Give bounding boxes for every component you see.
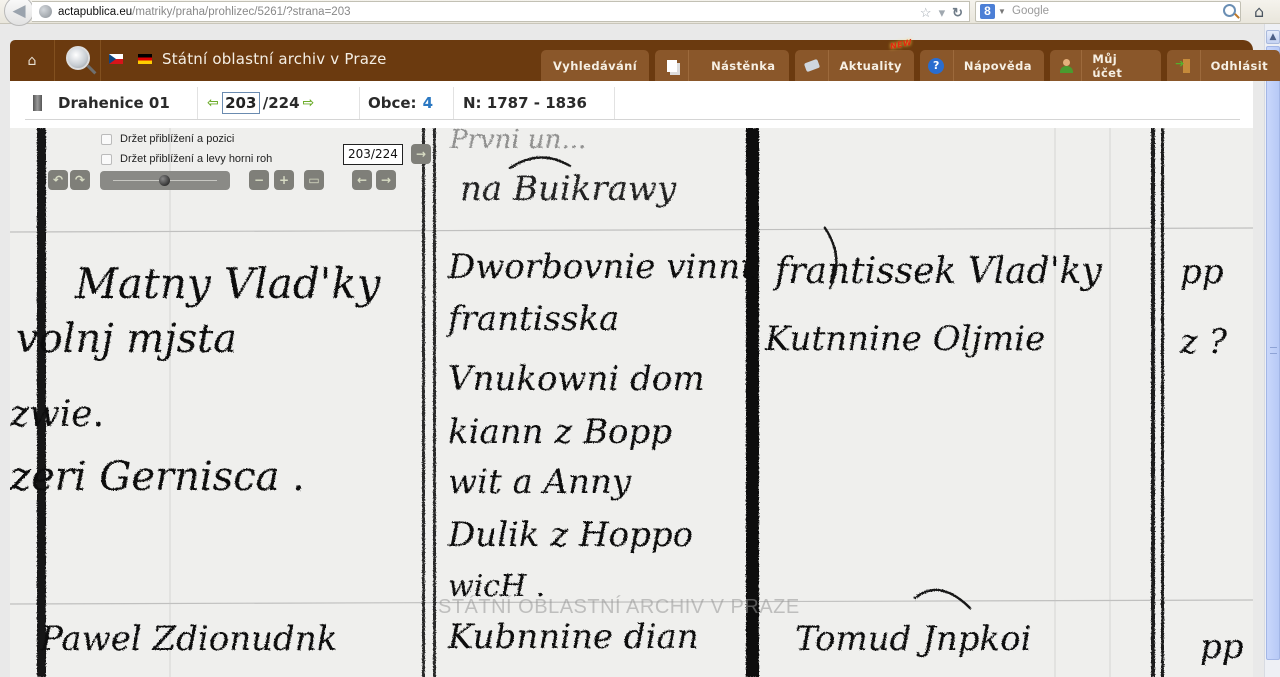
main-nav: Vyhledávání Nástěnka Aktuality NEW ? Náp… <box>541 50 1280 81</box>
web-search-box[interactable]: 8 ▼ Google <box>975 1 1241 22</box>
engine-dropdown-icon[interactable]: ▼ <box>998 2 1006 21</box>
documents-icon <box>667 60 677 72</box>
svg-text:Pawel Zdionudnk: Pawel Zdionudnk <box>39 619 337 659</box>
page-counter: 203/224 <box>343 144 403 165</box>
keep-zoom-position-checkbox[interactable] <box>101 134 112 145</box>
back-button[interactable]: ◀ <box>4 0 34 26</box>
zoom-in-icon[interactable]: + <box>274 170 294 190</box>
nav-label: Nápověda <box>954 59 1044 73</box>
go-to-page-icon[interactable]: → <box>411 144 431 164</box>
history-dropdown-icon[interactable]: ▾ <box>939 3 946 23</box>
svg-text:zwie.: zwie. <box>10 394 104 435</box>
search-placeholder: Google <box>1012 2 1049 21</box>
page-scrollbar[interactable]: ▲ <box>1264 24 1280 677</box>
svg-text:frantissek Vlad'ky: frantissek Vlad'ky <box>772 251 1102 292</box>
page-number-input[interactable] <box>222 92 260 114</box>
back-arrow-icon: ◀ <box>12 1 25 21</box>
svg-text:kiann z Bopp: kiann z Bopp <box>448 412 672 452</box>
next-page-arrow-icon[interactable]: ⇨ <box>303 95 315 111</box>
bookmark-star-icon[interactable]: ☆ <box>920 3 932 23</box>
home-button[interactable]: ⌂ <box>10 40 55 81</box>
globe-icon <box>39 5 52 18</box>
svg-text:pp: pp <box>1180 252 1224 292</box>
user-icon <box>1059 59 1073 73</box>
search-icon[interactable] <box>1223 4 1236 17</box>
page-navigation: ⇦ /224 ⇨ <box>198 87 360 119</box>
prev-page-arrow-icon[interactable]: ⇦ <box>207 95 219 111</box>
rotate-right-icon[interactable]: ↷ <box>70 170 90 190</box>
record-range: N: 1787 - 1836 <box>463 94 587 112</box>
svg-text:Tomud Jnpkoi: Tomud Jnpkoi <box>795 619 1031 659</box>
archive-watermark: STÁTNÍ OBLASTNÍ ARCHIV V PRAZE <box>438 596 800 619</box>
czech-flag-icon[interactable] <box>109 54 123 64</box>
zoom-out-icon[interactable]: − <box>249 170 269 190</box>
reload-icon[interactable]: ↻ <box>952 3 963 23</box>
logout-icon <box>1176 59 1190 73</box>
site-title: Státní oblastní archiv v Praze <box>162 50 387 68</box>
nav-label: Nástěnka <box>689 59 789 73</box>
nav-label: Vyhledávání <box>541 59 649 73</box>
svg-text:na Buikrawy: na Buikrawy <box>460 169 677 209</box>
search-button[interactable] <box>55 40 101 81</box>
svg-text:wit a Anny: wit a Anny <box>448 462 632 502</box>
nav-label: Aktuality <box>829 59 913 73</box>
url-path: /matriky/praha/prohlizec/5261/?strana=20… <box>132 6 350 18</box>
svg-text:Dulik z Hoppo: Dulik z Hoppo <box>447 515 693 555</box>
keep-zoom-corner-option[interactable]: Držet přiblížení a levy horni roh <box>101 153 272 165</box>
register-info-bar: Drahenice 01 ⇦ /224 ⇨ Obce: 4 N: 1787 - … <box>10 81 1253 128</box>
range-cell: N: 1787 - 1836 <box>454 87 615 119</box>
browser-home-icon[interactable]: ⌂ <box>1254 2 1264 21</box>
obce-cell: Obce: 4 <box>360 87 454 119</box>
scroll-thumb[interactable] <box>1266 46 1280 660</box>
total-pages: /224 <box>263 94 300 112</box>
obce-count-link[interactable]: 4 <box>423 94 433 112</box>
svg-text:Vnukowni dom: Vnukowni dom <box>448 359 705 399</box>
nav-logout[interactable]: Odhlásit <box>1167 50 1280 81</box>
zoom-slider[interactable] <box>100 171 230 190</box>
prev-page-icon[interactable]: ← <box>352 170 372 190</box>
nav-label: Odhlásit <box>1201 59 1280 73</box>
svg-text:pp: pp <box>1200 627 1244 667</box>
svg-text:Prvni un...: Prvni un... <box>449 128 586 155</box>
scroll-up-arrow-icon[interactable]: ▲ <box>1266 30 1280 44</box>
nav-account[interactable]: Můj účet <box>1050 50 1161 81</box>
nav-search[interactable]: Vyhledávání <box>541 50 649 81</box>
keep-zoom-corner-checkbox[interactable] <box>101 154 112 165</box>
svg-text:Dworbovnie vinnu: Dworbovnie vinnu <box>447 247 762 287</box>
svg-text:Kubnnine dian: Kubnnine dian <box>447 617 699 657</box>
nav-label: Můj účet <box>1082 52 1160 80</box>
address-bar[interactable]: actapublica.eu/matriky/praha/prohlizec/5… <box>32 1 970 22</box>
grip-icon <box>1270 347 1277 354</box>
book-name: Drahenice 01 <box>58 94 170 112</box>
nav-help[interactable]: ? Nápověda <box>920 50 1044 81</box>
fit-to-screen-icon[interactable]: ▭ <box>304 170 324 190</box>
nav-board[interactable]: Nástěnka <box>655 50 789 81</box>
search-engine-icon[interactable]: 8 <box>980 4 995 19</box>
browser-toolbar: ◀ actapublica.eu/matriky/praha/prohlizec… <box>0 0 1280 24</box>
checkbox-label: Držet přiblížení a pozici <box>120 133 234 145</box>
url-host: actapublica.eu <box>58 6 132 18</box>
magnifier-handle <box>87 65 97 75</box>
obce-label: Obce: <box>368 94 417 112</box>
divider <box>25 119 1240 120</box>
bookmark-icon[interactable] <box>33 95 42 111</box>
checkbox-label: Držet přiblížení a levy horni roh <box>120 153 272 165</box>
nav-news[interactable]: Aktuality NEW <box>795 50 913 81</box>
help-icon: ? <box>928 58 944 74</box>
keep-zoom-position-option[interactable]: Držet přiblížení a pozici <box>101 133 234 145</box>
home-icon: ⌂ <box>28 53 37 69</box>
svg-text:Matny Vlad'ky: Matny Vlad'ky <box>74 259 382 308</box>
svg-text:frantisska: frantisska <box>445 299 619 339</box>
news-icon <box>804 59 820 72</box>
slider-knob[interactable] <box>159 175 170 186</box>
svg-text:volnj mjsta: volnj mjsta <box>16 316 237 362</box>
book-name-cell: Drahenice 01 <box>10 87 198 119</box>
svg-text:zeri Gernisca .: zeri Gernisca . <box>10 454 305 500</box>
svg-text:Kutnnine Oljmie: Kutnnine Oljmie <box>764 319 1045 359</box>
scan-viewer[interactable]: Prvni un... na Buikrawy Matny Vlad'ky vo… <box>10 128 1253 677</box>
manuscript-scan-image: Prvni un... na Buikrawy Matny Vlad'ky vo… <box>10 128 1253 677</box>
german-flag-icon[interactable] <box>138 54 152 64</box>
rotate-left-icon[interactable]: ↶ <box>48 170 68 190</box>
svg-text:z ?: z ? <box>1179 322 1228 362</box>
next-page-icon[interactable]: → <box>376 170 396 190</box>
